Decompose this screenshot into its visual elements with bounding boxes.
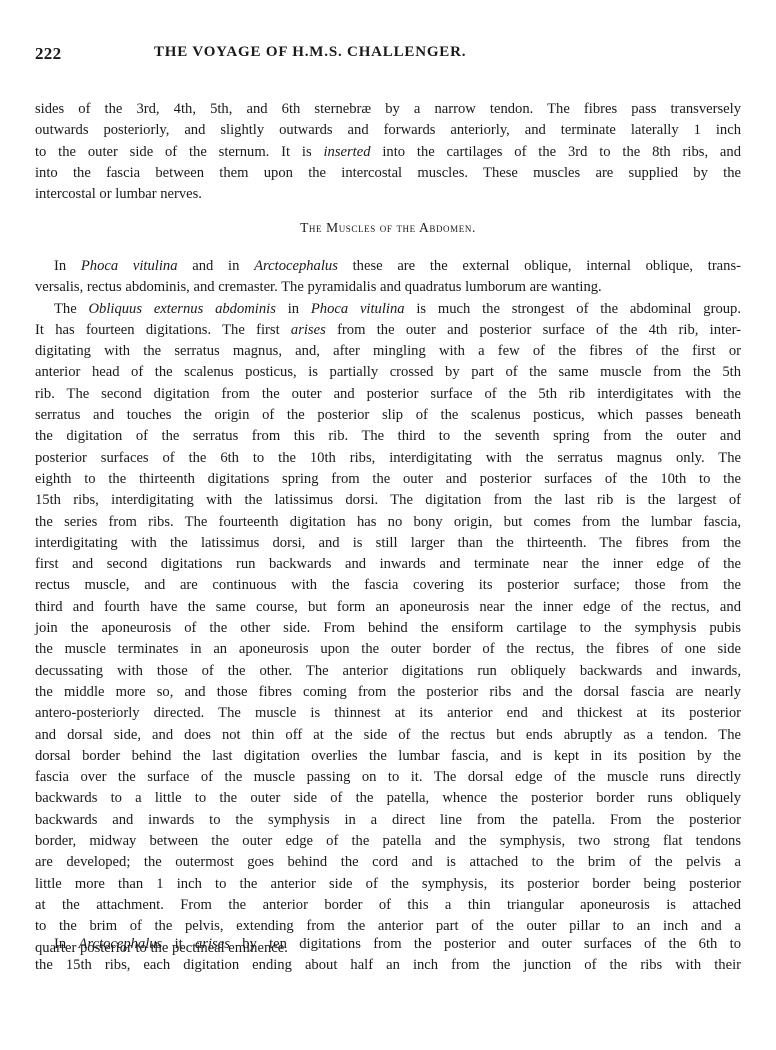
text-line: anterior head of the scalenus posticus, … [35, 362, 741, 383]
text-run: are developed; the outermost goes behind… [35, 854, 741, 870]
text-run: into the fascia between them upon the in… [35, 165, 741, 181]
text-run: in [276, 301, 311, 317]
text-run: to the outer side of the sternum. It is [35, 144, 323, 160]
text-line: antero-posteriorly directed. The muscle … [35, 703, 741, 724]
text-line: are developed; the outermost goes behind… [35, 852, 741, 873]
text-run: fascia over the surface of the muscle pa… [35, 769, 741, 785]
text-run: serratus and touches the origin of the p… [35, 407, 741, 423]
paragraph-intro: In Phoca vitulina and in Arctocephalus t… [35, 256, 741, 299]
text-line: In Phoca vitulina and in Arctocephalus t… [35, 256, 741, 277]
text-run: versalis, rectus abdominis, and cremaste… [35, 279, 602, 295]
text-run: posterior surfaces of the 6th to the 10t… [35, 450, 741, 466]
text-run: In [54, 258, 81, 274]
text-line: sides of the 3rd, 4th, 5th, and 6th ster… [35, 99, 741, 120]
text-run: It has fourteen digitations. The first [35, 322, 291, 338]
text-run: The [54, 301, 89, 317]
text-line: serratus and touches the origin of the p… [35, 405, 741, 426]
text-run: antero-posteriorly directed. The muscle … [35, 705, 741, 721]
text-run: 15th ribs, interdigitating with the lati… [35, 492, 741, 508]
text-run: sides of the 3rd, 4th, 5th, and 6th ster… [35, 101, 741, 117]
text-run: dorsal border behind the last digitation… [35, 748, 741, 764]
text-line: fascia over the surface of the muscle pa… [35, 767, 741, 788]
text-line: outwards posteriorly, and slightly outwa… [35, 120, 741, 141]
text-run: the series from ribs. The fourteenth dig… [35, 514, 741, 530]
text-run: the digitation of the serratus from this… [35, 428, 741, 444]
text-line: join the aponeurosis of the other side. … [35, 618, 741, 639]
text-run: the 15th ribs, each digitation ending ab… [35, 957, 741, 973]
text-run: rib. The second digitation from the oute… [35, 386, 741, 402]
text-line: and dorsal side, and does not thin off a… [35, 725, 741, 746]
text-run: at the attachment. From the anterior bor… [35, 897, 741, 913]
text-line: little more than 1 inch to the anterior … [35, 874, 741, 895]
text-line: border, midway between the outer edge of… [35, 831, 741, 852]
text-line: rectus muscle, and are continuous with t… [35, 575, 741, 596]
text-line: posterior surfaces of the 6th to the 10t… [35, 448, 741, 469]
text-line: dorsal border behind the last digitation… [35, 746, 741, 767]
text-run: by ten digitations from the posterior an… [230, 936, 741, 952]
running-head: 222 THE VOYAGE OF H.M.S. CHALLENGER. [35, 44, 741, 66]
text-run: rectus muscle, and are continuous with t… [35, 577, 741, 593]
italic-term: inserted [323, 144, 370, 160]
text-run: border, midway between the outer edge of… [35, 833, 741, 849]
text-line: versalis, rectus abdominis, and cremaste… [35, 277, 741, 298]
text-line: interdigitating with the latissimus dors… [35, 533, 741, 554]
text-line: The Obliquus externus abdominis in Phoca… [35, 299, 741, 320]
text-run: to the brim of the pelvis, extending fro… [35, 918, 741, 934]
text-line: eighth to the thirteenth digitations spr… [35, 469, 741, 490]
text-run: from the outer and posterior surface of … [326, 322, 741, 338]
text-run: into the cartilages of the 3rd to the 8t… [371, 144, 742, 160]
text-line: the middle more so, and those fibres com… [35, 682, 741, 703]
text-run: intercostal or lumbar nerves. [35, 186, 202, 202]
text-line: It has fourteen digitations. The first a… [35, 320, 741, 341]
text-line: intercostal or lumbar nerves. [35, 184, 741, 205]
text-run: third and fourth have the same course, b… [35, 599, 741, 615]
text-line: the muscle terminates in an aponeurosis … [35, 639, 741, 660]
text-line: backwards to a little to the outer side … [35, 788, 741, 809]
text-run: join the aponeurosis of the other side. … [35, 620, 741, 636]
italic-term: Arctocephalus [254, 258, 338, 274]
text-run: first and second digitations run backwar… [35, 556, 741, 572]
paragraph-continuation: sides of the 3rd, 4th, 5th, and 6th ster… [35, 99, 741, 205]
text-line: rib. The second digitation from the oute… [35, 384, 741, 405]
paragraph-obliquus-externus: The Obliquus externus abdominis in Phoca… [35, 299, 741, 959]
italic-term: arises [291, 322, 326, 338]
running-title: THE VOYAGE OF H.M.S. CHALLENGER. [154, 44, 466, 61]
text-line: backwards and inwards to the symphysis i… [35, 810, 741, 831]
text-line: In Arctocephalus it arises by ten digita… [35, 934, 741, 955]
text-run: the middle more so, and those fibres com… [35, 684, 741, 700]
text-line: 15th ribs, interdigitating with the lati… [35, 490, 741, 511]
book-page: 222 THE VOYAGE OF H.M.S. CHALLENGER. sid… [0, 0, 776, 1050]
text-line: into the fascia between them upon the in… [35, 163, 741, 184]
text-run: backwards and inwards to the symphysis i… [35, 812, 741, 828]
text-run: eighth to the thirteenth digitations spr… [35, 471, 741, 487]
text-line: the digitation of the serratus from this… [35, 426, 741, 447]
text-run: it [162, 936, 195, 952]
text-run: these are the external oblique, internal… [338, 258, 741, 274]
text-run: is much the strongest of the abdominal g… [405, 301, 741, 317]
text-line: the 15th ribs, each digitation ending ab… [35, 955, 741, 976]
text-run: and dorsal side, and does not thin off a… [35, 727, 741, 743]
text-line: to the outer side of the sternum. It is … [35, 142, 741, 163]
section-heading: The Muscles of the Abdomen. [0, 220, 776, 236]
text-line: the series from ribs. The fourteenth dig… [35, 512, 741, 533]
italic-term: Obliquus externus abdominis [89, 301, 276, 317]
italic-term: Phoca vitulina [311, 301, 405, 317]
italic-term: Arctocephalus [78, 936, 162, 952]
text-line: at the attachment. From the anterior bor… [35, 895, 741, 916]
text-line: third and fourth have the same course, b… [35, 597, 741, 618]
text-run: anterior head of the scalenus posticus, … [35, 364, 741, 380]
text-run: digitating with the serratus magnus, and… [35, 343, 741, 359]
text-run: little more than 1 inch to the anterior … [35, 876, 741, 892]
paragraph-arctocephalus: In Arctocephalus it arises by ten digita… [35, 934, 741, 977]
text-line: digitating with the serratus magnus, and… [35, 341, 741, 362]
text-run: interdigitating with the latissimus dors… [35, 535, 741, 551]
italic-term: Phoca vitulina [81, 258, 178, 274]
text-run: the muscle terminates in an aponeurosis … [35, 641, 741, 657]
text-run: outwards posteriorly, and slightly outwa… [35, 122, 741, 138]
text-run: In [54, 936, 78, 952]
italic-term: arises [195, 936, 230, 952]
text-line: decussating with those of the other. The… [35, 661, 741, 682]
text-line: first and second digitations run backwar… [35, 554, 741, 575]
text-run: decussating with those of the other. The… [35, 663, 741, 679]
text-run: backwards to a little to the outer side … [35, 790, 741, 806]
page-number: 222 [35, 44, 61, 64]
text-run: and in [178, 258, 255, 274]
